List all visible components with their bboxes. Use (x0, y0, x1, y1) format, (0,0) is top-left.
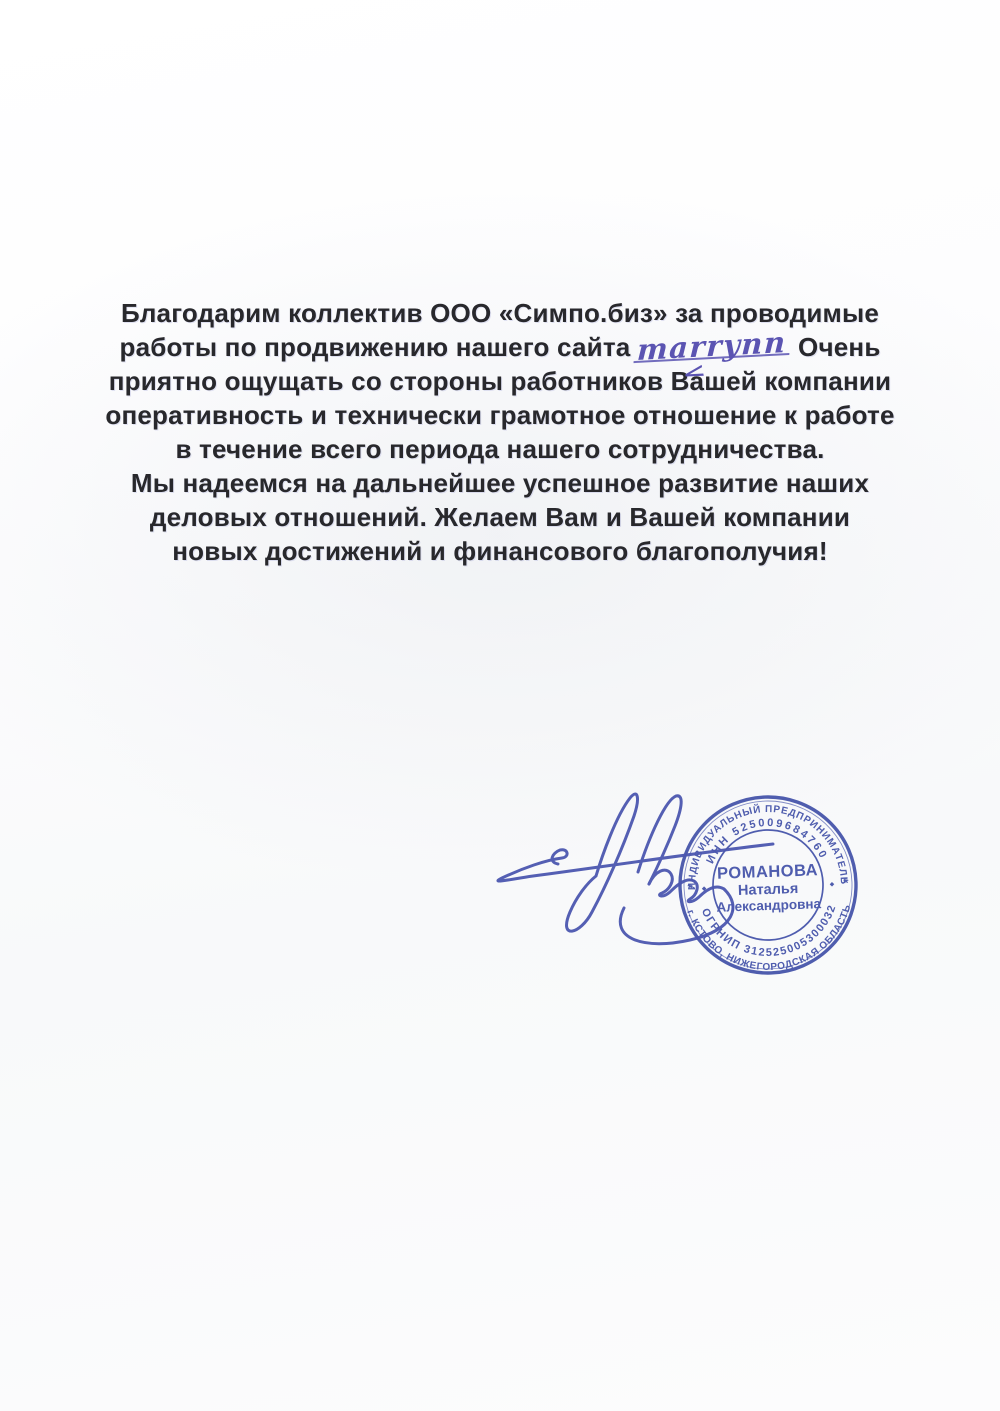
letter-line-2-before: работы по продвижению нашего сайта (119, 332, 630, 362)
letter-line-6: Мы надеемся на дальнейшее успешное разви… (50, 466, 950, 500)
letter-text: Благодарим коллектив ООО «Симпо.биз» за … (50, 296, 950, 568)
letter-line-4: оперативность и технически грамотное отн… (50, 398, 950, 432)
handwritten-word: marrynn (637, 325, 788, 367)
stamp-separator-right-inner-icon: ◆ (830, 882, 835, 888)
signature-letter-humps (649, 870, 724, 902)
letter-line-2-after: Очень (798, 332, 880, 362)
letter-line-8: новых достижений и финансового благополу… (50, 534, 950, 568)
letter-line-2: работы по продвижению нашего сайтаmarryn… (50, 330, 950, 364)
signature-bottom-sweep (620, 889, 733, 944)
letter-line-7: деловых отношений. Желаем Вам и Вашей ко… (50, 500, 950, 534)
signature (478, 772, 798, 962)
scanned-letter-page: Благодарим коллектив ООО «Симпо.биз» за … (0, 0, 1000, 1411)
letter-line-5: в течение всего периода нашего сотруднич… (50, 432, 950, 466)
handwritten-site-name: marrynn< (634, 332, 791, 363)
letter-line-3: приятно ощущать со стороны работников Ва… (50, 364, 950, 398)
letter-line-1: Благодарим коллектив ООО «Симпо.биз» за … (50, 296, 950, 330)
signature-swash-stroke (498, 844, 773, 881)
